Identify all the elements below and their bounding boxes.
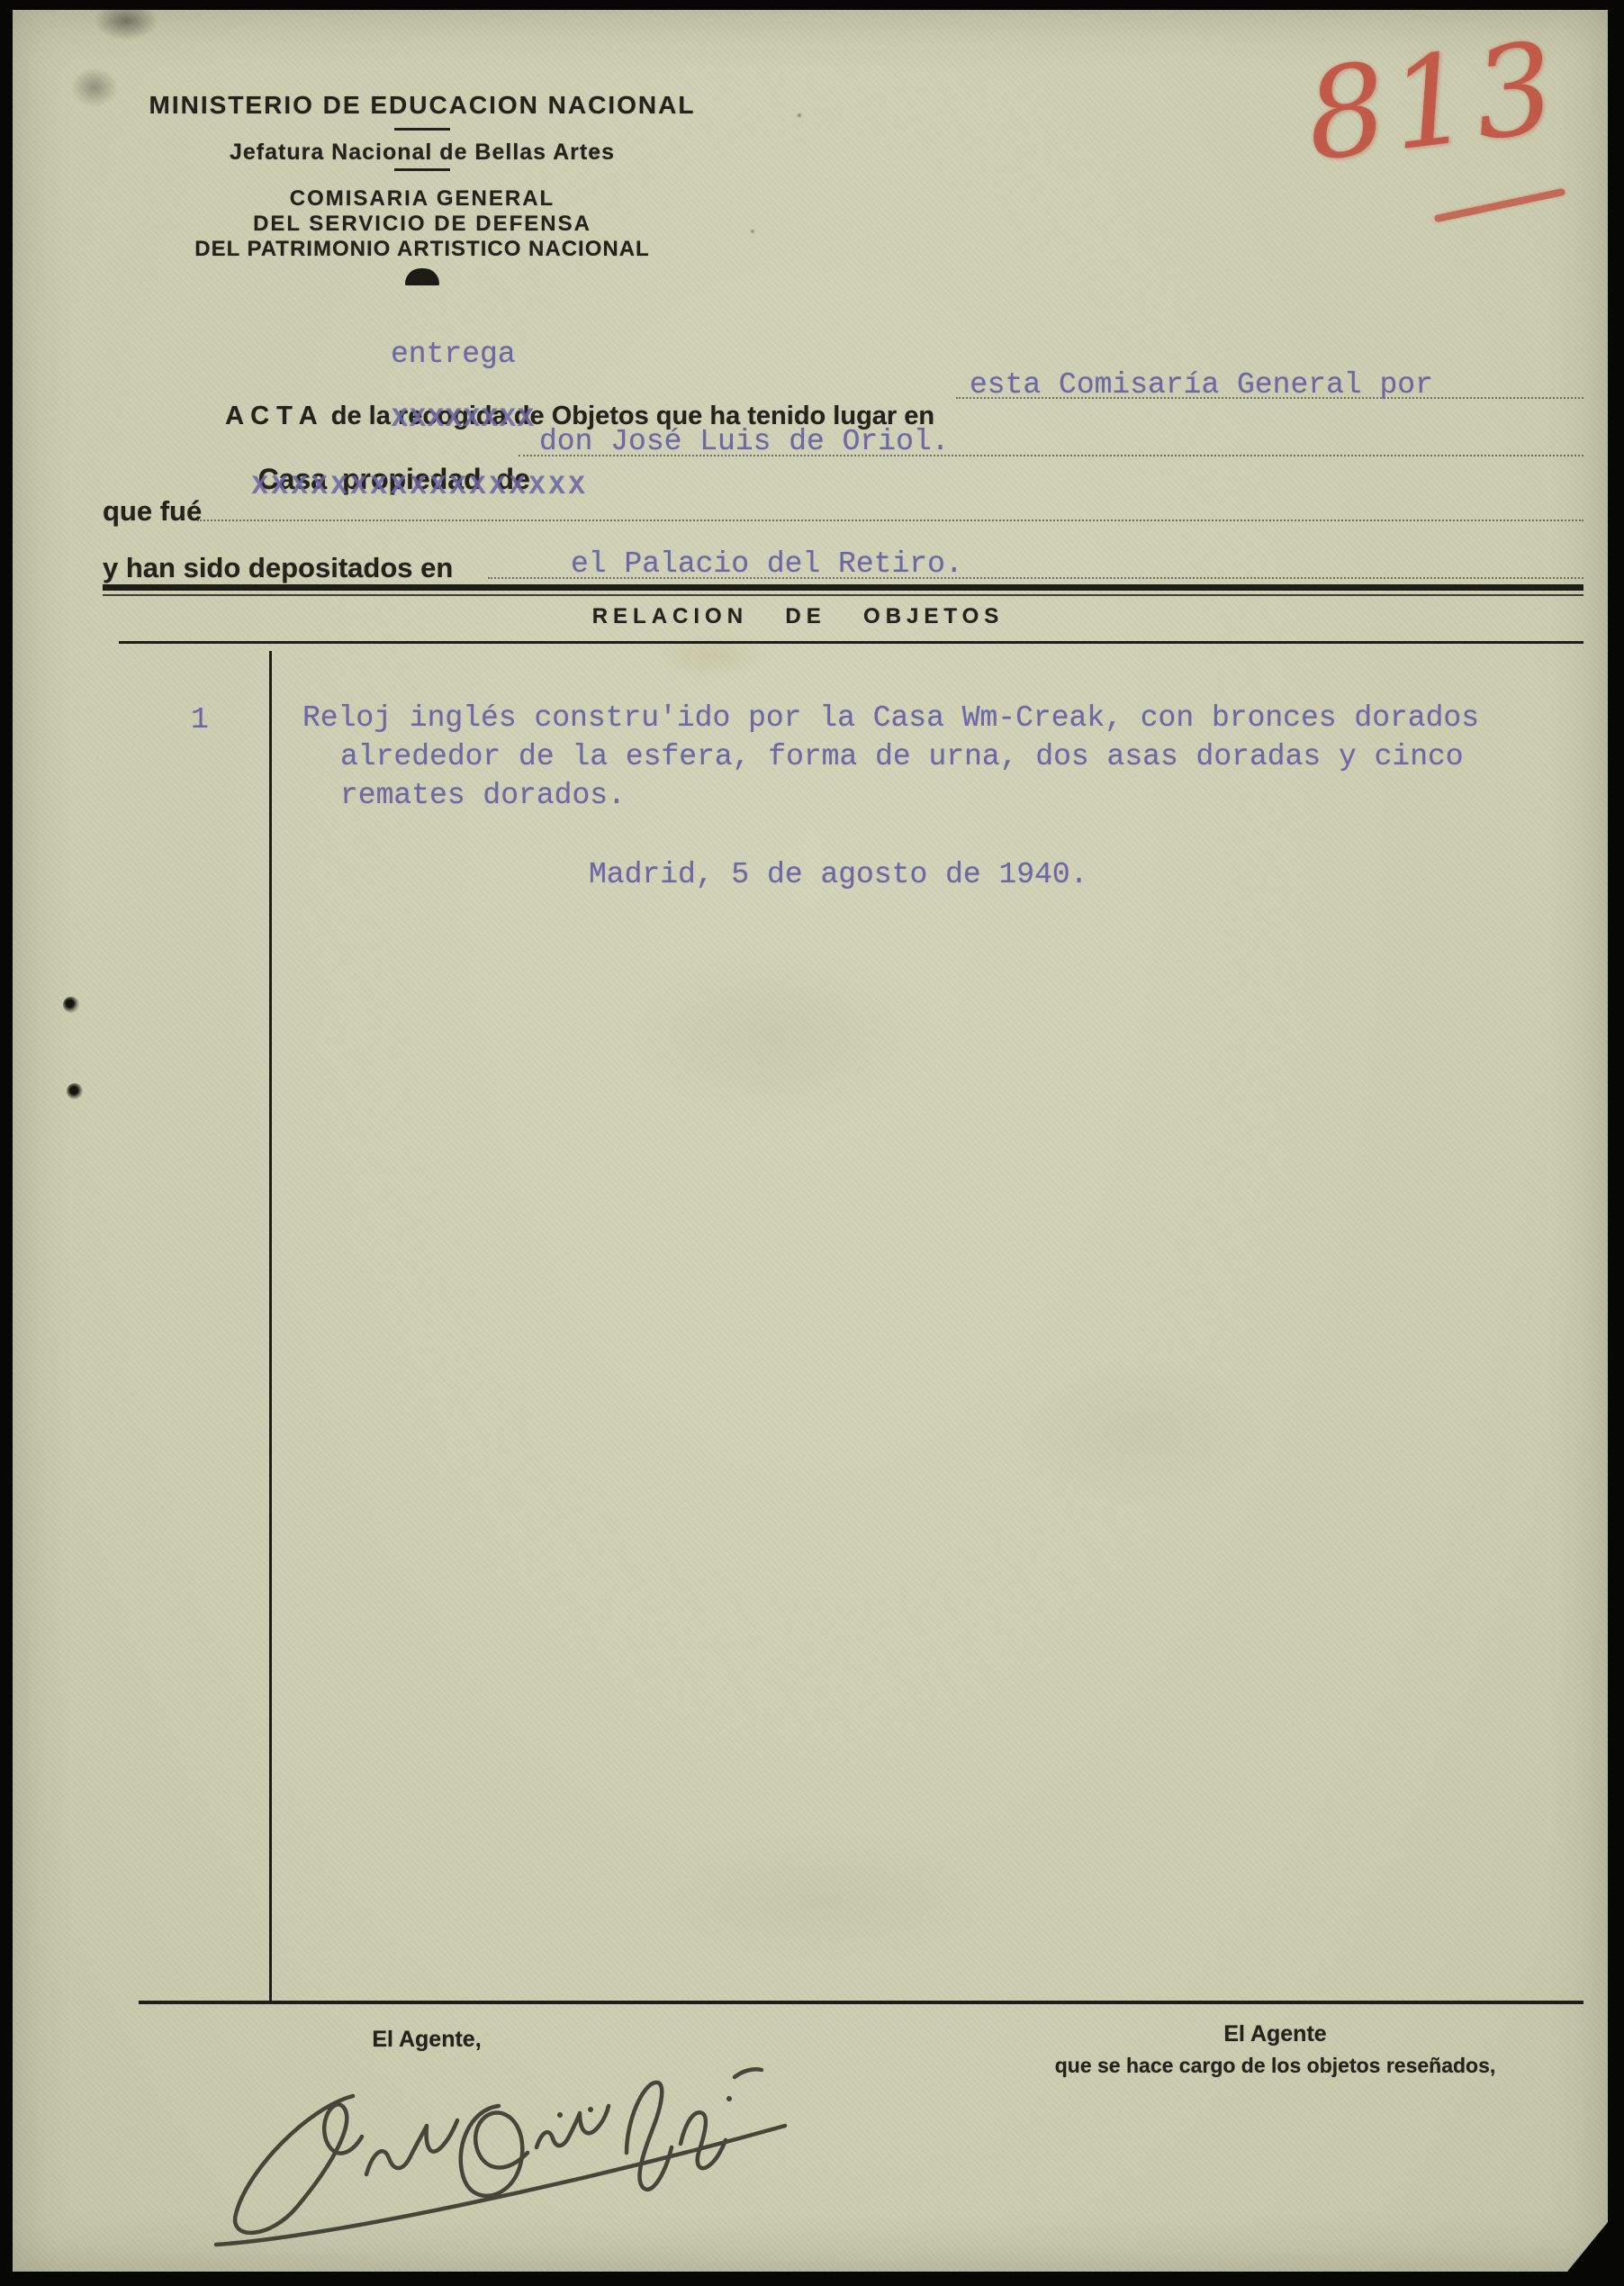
dateline: Madrid, 5 de agosto de 1940. <box>589 858 1088 891</box>
letterhead-comisaria-line1: COMISARIA GENERAL <box>112 186 733 212</box>
folio-number: 813 <box>1298 14 1567 189</box>
struck-label-casa: Casa propiedad deXXXXXXXXXXXXXXXXX <box>258 463 530 496</box>
agent-label-right: El Agente <box>1030 2021 1520 2047</box>
item-description-line: remates dorados. <box>340 779 626 812</box>
label-que-fue: que fué <box>103 495 202 528</box>
letterhead-divider-2 <box>394 168 450 171</box>
typed-value-comisaria: esta Comisaría General por <box>970 368 1433 402</box>
fill-line-3 <box>197 520 1583 521</box>
label-casa-propiedad: Casa propiedad deXXXXXXXXXXXXXXXXX <box>197 429 530 529</box>
separator-rule-thin <box>103 594 1583 596</box>
letterhead-ministry: MINISTERIO DE EDUCACION NACIONAL <box>112 91 733 120</box>
signature <box>202 2047 823 2254</box>
item-description-line: alrededor de la esfera, forma de urna, d… <box>340 740 1464 773</box>
section-title: RELACION DE OBJETOS <box>13 604 1583 629</box>
letterhead-ornament-icon <box>405 268 439 285</box>
item-number: 1 <box>191 703 209 736</box>
letterhead-comisaria-line3: DEL PATRIMONIO ARTISTICO NACIONAL <box>112 237 733 262</box>
section-title-rule <box>119 641 1583 644</box>
typed-correction-entrega: entrega <box>391 338 516 371</box>
letterhead-jefatura: Jefatura Nacional de Bellas Artes <box>112 140 733 166</box>
separator-rule-thick <box>103 584 1583 591</box>
pinhole <box>63 997 79 1013</box>
typed-value-deposito: el Palacio del Retiro. <box>571 547 963 581</box>
item-description-line: Reloj inglés constru'ido por la Casa Wm-… <box>302 701 1479 735</box>
table-column-divider <box>269 651 272 2001</box>
acta-prefix: A C T A de la <box>225 402 398 430</box>
agent-label-right-sub: que se hace cargo de los objetos reseñad… <box>1030 2054 1520 2078</box>
label-depositados: y han sido depositados en <box>103 552 453 584</box>
table-bottom-rule <box>139 2001 1583 2004</box>
letterhead-divider-1 <box>394 128 450 131</box>
pinhole <box>67 1083 83 1099</box>
document-page: MINISTERIO DE EDUCACION NACIONAL Jefatur… <box>13 10 1608 2272</box>
letterhead-comisaria-line2: DEL SERVICIO DE DEFENSA <box>112 212 733 237</box>
folio-underline <box>1434 188 1565 223</box>
struck-word-recogida: recogidaXXXXXXXX <box>398 402 507 431</box>
typed-value-owner: don José Luis de Oriol. <box>539 425 949 458</box>
